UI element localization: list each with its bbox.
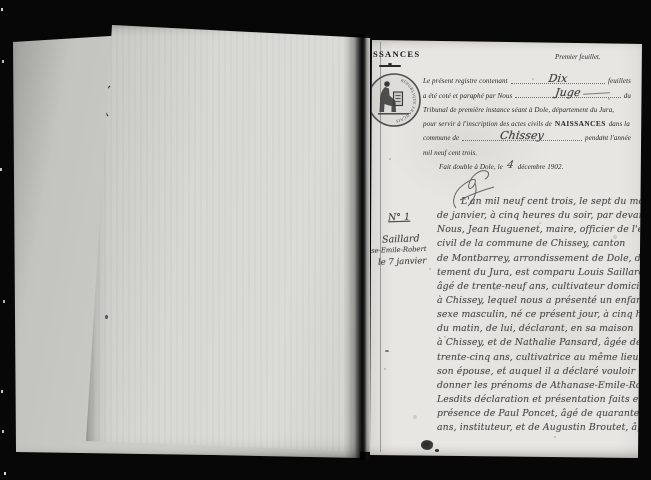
margin-given-names: ase-Emile-Robert	[367, 245, 427, 255]
paper-streaks	[80, 22, 374, 458]
title-ornament	[379, 65, 401, 67]
act-text-line: tement du Jura, est comparu Louis Sailla…	[437, 267, 647, 281]
form-line-5: commune de Chissey pendant l'année	[423, 128, 631, 142]
margin-date: le 7 janvier	[378, 256, 427, 268]
form-line-1-text: Le présent registre contenant	[423, 77, 508, 85]
form-line-1: Le présent registre contenant Dix feuill…	[423, 71, 631, 85]
act-text-line: à Chissey, et de Nathalie Pansard, âgée …	[437, 337, 647, 351]
form-line-3: Tribunal de première instance séant à Do…	[423, 100, 631, 114]
register-recto-page: SSANCES Premier feuillet. RÉPUBLIQUE FRA…	[352, 36, 644, 462]
act-text-line: donner les prénoms de Athanase-Emile-Rob…	[437, 380, 647, 394]
register-title-partial: SSANCES	[373, 49, 420, 59]
act-text-line: Lesdits déclaration et présentation fait…	[437, 394, 647, 408]
form-line-1-end: feuillets	[608, 77, 631, 85]
film-edge-specks	[1, 8, 3, 11]
form-line-2-end: du	[624, 92, 631, 100]
form-line-4-end: dans la	[609, 120, 630, 128]
form-line-4: pour servir à l'inscription des actes ci…	[423, 114, 631, 128]
act-text-line: ans, instituteur, et de Augustin Broutet…	[437, 422, 647, 436]
act-text-line: trente-cinq ans, cultivatrice au même li…	[437, 352, 647, 366]
blank-facing-page	[80, 22, 374, 458]
act-text-line: du matin, de lui, déclarant, en sa maiso…	[437, 323, 647, 337]
form-line-3-text: Tribunal de première instance séant à Do…	[423, 106, 614, 114]
act-text-line: âgé de trente-neuf ans, cultivateur domi…	[437, 281, 647, 295]
handwritten-officer-title: Juge	[554, 86, 581, 99]
margin-pen-mark	[385, 350, 389, 352]
scanned-register-photo: SSANCES Premier feuillet. RÉPUBLIQUE FRA…	[0, 0, 651, 480]
form-line-2-text: a été coté et paraphé par Nous	[423, 92, 512, 100]
form-line-5-end: pendant l'année	[585, 134, 631, 142]
act-text-line: civil de la commune de Chissey, canton	[437, 238, 647, 252]
act-text-line: à Chissey, lequel nous a présenté un enf…	[437, 295, 647, 309]
handwritten-sheet-count: Dix	[547, 72, 568, 85]
margin-surname: Saillard	[382, 233, 420, 245]
act-text-line: Nous, Jean Huguenet, maire, officier de …	[437, 224, 647, 238]
republic-seal-stamp-icon: RÉPUBLIQUE FRANÇAISE	[363, 71, 425, 131]
form-line-2: a été coté et paraphé par Nous Juge du	[423, 85, 631, 99]
ink-blot	[420, 439, 434, 452]
form-line-5-text: commune de	[423, 134, 459, 142]
margin-act-number: N° 1	[388, 212, 411, 224]
pen-flourish	[583, 92, 610, 94]
form-line-7-end: décembre 1902.	[518, 163, 564, 171]
naissances-label: NAISSANCES	[555, 119, 606, 128]
form-line-6: mil neuf cent trois.	[423, 142, 631, 156]
act-text-line: de janvier, à cinq heures du soir, par d…	[437, 210, 647, 224]
ink-blot-small	[435, 449, 439, 452]
act-text-line: sexe masculin, né ce présent jour, à cin…	[437, 309, 647, 323]
act-text-line: présence de Paul Poncet, âgé de quarante…	[437, 408, 647, 422]
handwritten-birth-act: L'an mil neuf cent trois, le sept du moi…	[437, 196, 647, 436]
act-text-line: son épouse, et auquel il a déclaré voulo…	[437, 366, 647, 380]
form-blank-officer: Juge	[515, 88, 620, 98]
printed-form: Le présent registre contenant Dix feuill…	[423, 71, 631, 171]
form-line-6-text: mil neuf cent trois.	[423, 149, 477, 157]
act-text-line: de Montbarrey, arrondissement de Dole, d…	[437, 253, 647, 267]
handwritten-commune-name: Chissey	[499, 129, 545, 142]
sheet-number-label: Premier feuillet.	[555, 53, 601, 61]
form-blank-feuillets: Dix	[511, 74, 605, 84]
form-line-4-text: pour servir à l'inscription des actes ci…	[423, 120, 552, 128]
ink-speck	[105, 315, 108, 319]
act-text-line: L'an mil neuf cent trois, le sept du moi…	[437, 196, 647, 210]
form-blank-commune: Chissey	[462, 131, 582, 141]
